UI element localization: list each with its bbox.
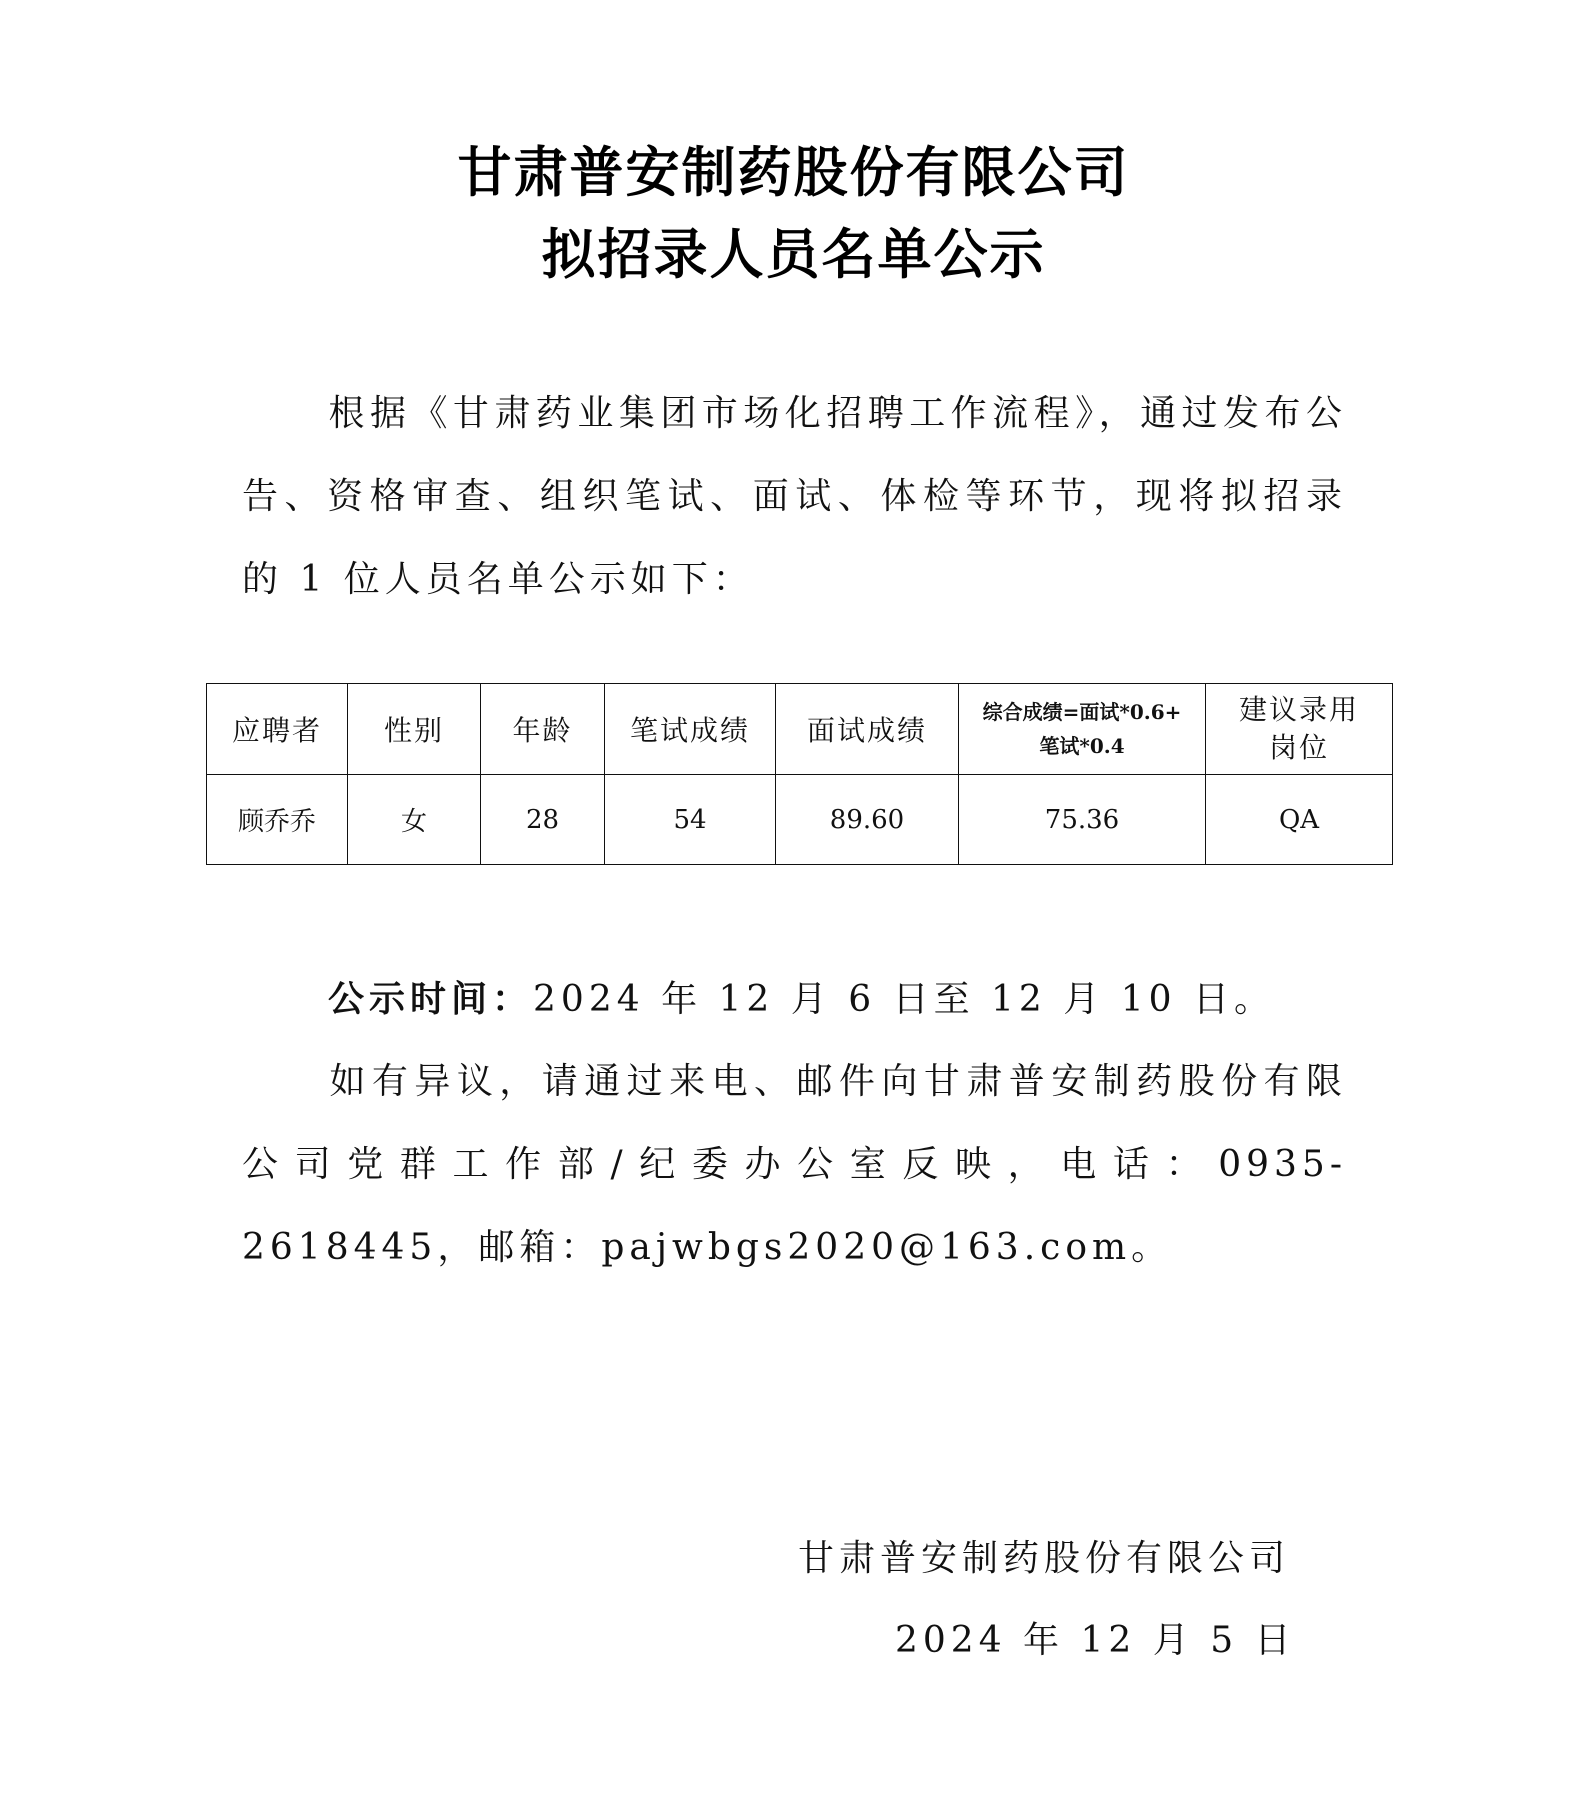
notice-period-label: 公示时间： [328, 978, 533, 1020]
document-title-line1: 甘肃普安制药股份有限公司 [0, 130, 1587, 207]
objection-text: 如有异议，请通过来电、邮件向甘肃普安制药股份有限公司党群工作部/纪委办公室反映，… [242, 1061, 1347, 1268]
header-position-line1: 建议录用 [1206, 691, 1392, 729]
header-gender: 性别 [348, 684, 481, 775]
header-applicant: 应聘者 [207, 684, 348, 775]
cell-written-score: 54 [605, 775, 776, 865]
table-header-row: 应聘者 性别 年龄 笔试成绩 面试成绩 综合成绩=面试*0.6+ 笔试*0.4 … [207, 684, 1393, 775]
document-title-line2: 拟招录人员名单公示 [0, 212, 1587, 289]
cell-interview-score: 89.60 [776, 775, 959, 865]
header-interview-score: 面试成绩 [776, 684, 959, 775]
intro-paragraph: 根据《甘肃药业集团市场化招聘工作流程》，通过发布公告、资格审查、组织笔试、面试、… [242, 372, 1347, 621]
header-composite-line2: 笔试*0.4 [959, 729, 1205, 763]
header-age: 年龄 [481, 684, 605, 775]
header-written-score: 笔试成绩 [605, 684, 776, 775]
candidate-table: 应聘者 性别 年龄 笔试成绩 面试成绩 综合成绩=面试*0.6+ 笔试*0.4 … [206, 683, 1393, 865]
header-composite-score: 综合成绩=面试*0.6+ 笔试*0.4 [959, 684, 1206, 775]
header-composite-line1: 综合成绩=面试*0.6+ [959, 695, 1205, 729]
cell-age: 28 [481, 775, 605, 865]
signature-company: 甘肃普安制药股份有限公司 [798, 1530, 1290, 1581]
cell-composite-score: 75.36 [959, 775, 1206, 865]
header-position-line2: 岗位 [1206, 729, 1392, 767]
cell-name: 顾乔乔 [207, 775, 348, 865]
notice-period-value: 2024 年 12 月 6 日至 12 月 10 日。 [533, 979, 1275, 1020]
signature-date: 2024 年 12 月 5 日 [895, 1612, 1296, 1663]
objection-paragraph: 如有异议，请通过来电、邮件向甘肃普安制药股份有限公司党群工作部/纪委办公室反映，… [242, 1040, 1347, 1289]
cell-position: QA [1206, 775, 1393, 865]
notice-period: 公示时间：2024 年 12 月 6 日至 12 月 10 日。 [242, 958, 1347, 1041]
intro-text: 根据《甘肃药业集团市场化招聘工作流程》，通过发布公告、资格审查、组织笔试、面试、… [242, 393, 1347, 600]
table-row: 顾乔乔 女 28 54 89.60 75.36 QA [207, 775, 1393, 865]
cell-gender: 女 [348, 775, 481, 865]
header-suggested-position: 建议录用 岗位 [1206, 684, 1393, 775]
